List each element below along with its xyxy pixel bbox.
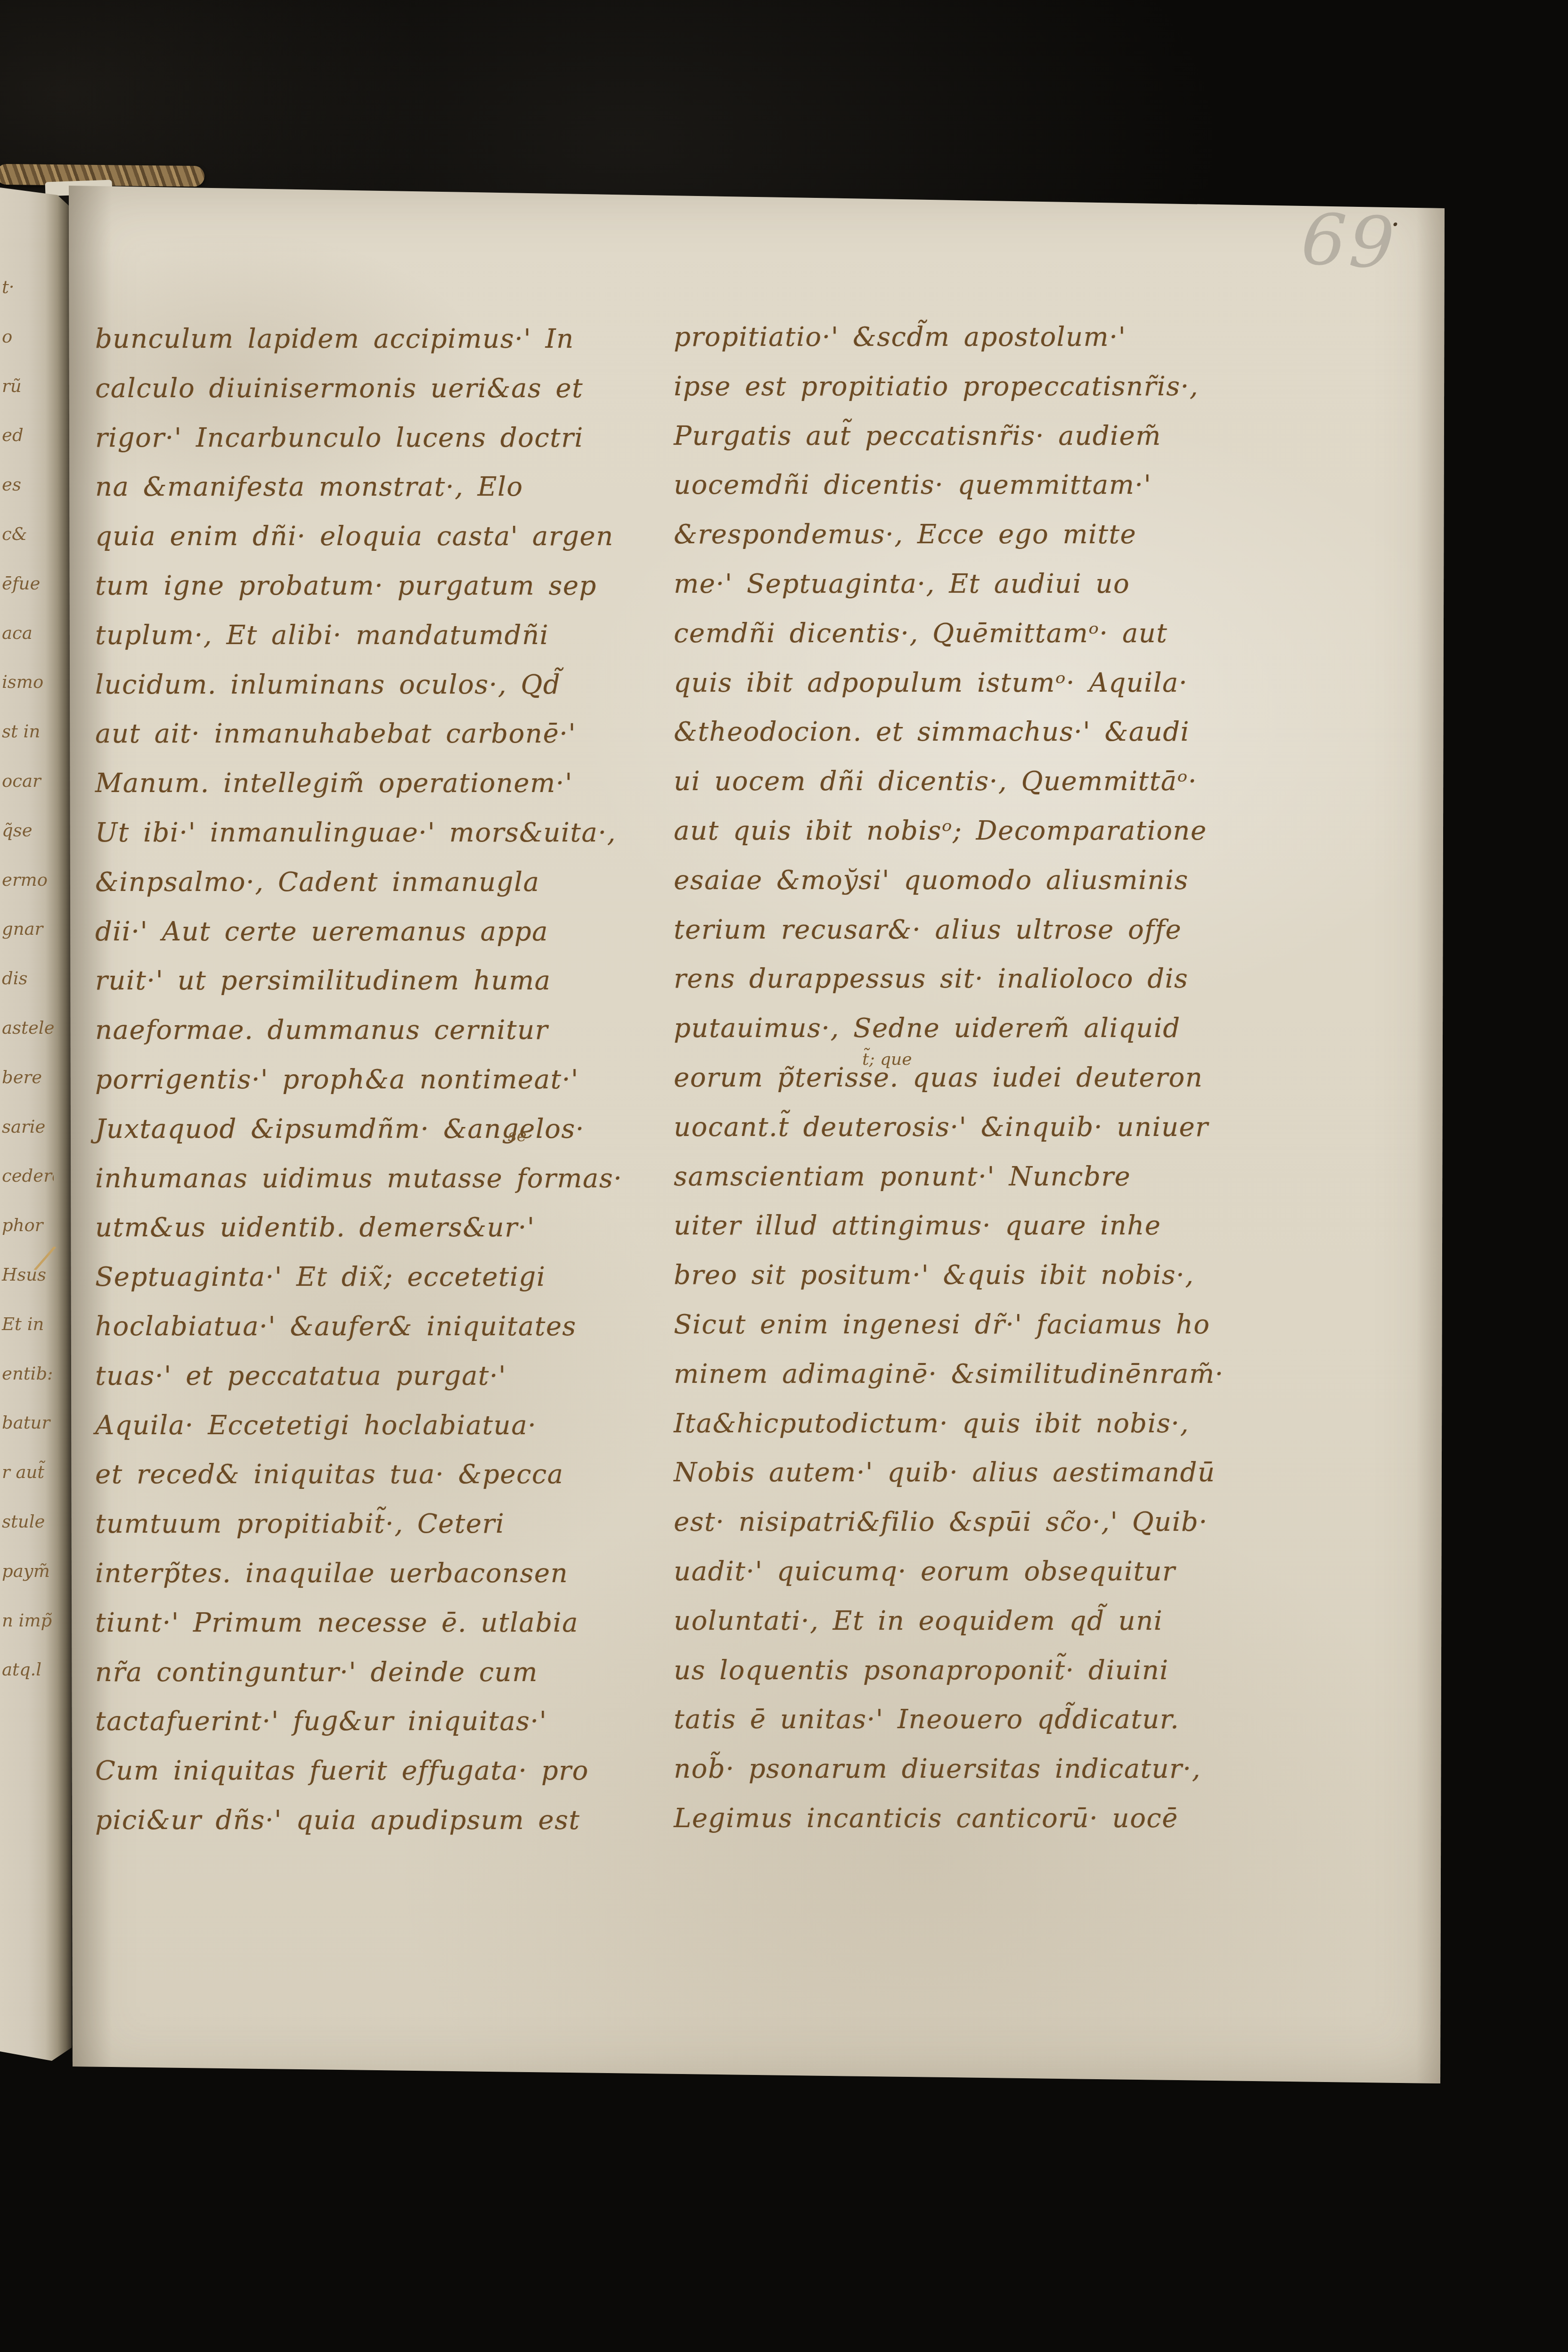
edge-text-fragment: atq.l (0, 1645, 54, 1695)
edge-text-fragment: r aut̃ (0, 1448, 54, 1497)
edge-text-fragment: bere (0, 1053, 54, 1102)
manuscript-text-line: uocemdñi dicentis· quemmittam·' (674, 461, 1286, 510)
manuscript-text-line: tactafuerint·' fug&ur iniquitas·' (95, 1697, 708, 1747)
manuscript-text-line: lucidum. inluminans oculos·, Qd̃ (95, 661, 708, 710)
edge-text-fragment: ismo (0, 658, 54, 707)
manuscript-text-line: uiter illud attingimus· quare inhe (674, 1201, 1286, 1251)
manuscript-text-line: quis ibit adpopulum istumᵒ· Aquila· (674, 659, 1286, 708)
edge-text-fragment: aca (0, 609, 54, 658)
manuscript-text-line: aut quis ibit nobisᵒ; Decomparatione (674, 807, 1286, 856)
edge-text-fragment: o (0, 312, 54, 362)
manuscript-text-line: Ita&hicputodictum· quis ibit nobis·, (674, 1399, 1286, 1449)
manuscript-text-line: Legimus incanticis canticorū· uocē (674, 1794, 1286, 1844)
manuscript-text-line: inhumanas uidimus mutasse formas· (95, 1154, 708, 1204)
edge-fragments: t·orũedesc&ēfueacaismost inocarq̃seermog… (0, 263, 54, 1695)
manuscript-text-line: us loquentis psonaproponit̃· diuini (674, 1646, 1286, 1696)
edge-text-fragment: cedere (0, 1151, 54, 1201)
edge-text-fragment: ocar (0, 757, 54, 806)
edge-text-fragment: q̃se (0, 806, 54, 856)
edge-text-fragment: phor (0, 1201, 54, 1250)
manuscript-text-line: eorum p̃terisse. quas iudei deuteron (674, 1053, 1286, 1103)
manuscript-text-line: dii·' Aut certe ueremanus appa (95, 907, 708, 957)
edge-text-fragment: batur (0, 1398, 54, 1448)
manuscript-text-line: Ut ibi·' inmanulinguae·' mors&uita·, (95, 808, 708, 858)
manuscript-text-line: tiunt·' Primum necesse ē. utlabia (95, 1599, 708, 1648)
manuscript-text-line: Aquila· Eccetetigi hoclabiatua· (95, 1401, 708, 1451)
manuscript-text-line: putauimus·, Sedne uiderem̃ aliquid (674, 1004, 1286, 1053)
manuscript-text-line: ui uocem dñi dicentis·, Quemmittāᵒ· (674, 757, 1286, 807)
text-column-right: propitiatio·' &scd̃m apostolum·'ipse est… (674, 313, 1286, 1844)
manuscript-text-line: nob̃· psonarum diuersitas indicatur·, (674, 1745, 1286, 1794)
manuscript-text-line: uadit·' quicumq· eorum obsequitur (674, 1547, 1286, 1597)
manuscript-text-line: bunculum lapidem accipimus·' In (95, 315, 708, 364)
manuscript-text-line: hoclabiatua·' &aufer& iniquitates (95, 1302, 708, 1352)
manuscript-text-line: interp̃tes. inaquilae uerbaconsen (95, 1549, 708, 1599)
manuscript-text-line: ipse est propitiatio propeccatisnr̃is·, (674, 362, 1286, 412)
manuscript-text-line: Manum. intellegim̃ operationem·' (95, 759, 708, 808)
page-edge-stack: t·orũedesc&ēfueacaismost inocarq̃seermog… (0, 188, 72, 2069)
edge-text-fragment: ed (0, 411, 54, 460)
manuscript-text-line: pici&ur dñs·' quia apudipsum est (95, 1796, 708, 1846)
manuscript-text-line: na &manifesta monstrat·, Elo (95, 463, 708, 512)
manuscript-text-line: rens durappessus sit· inalioloco dis (674, 955, 1286, 1004)
manuscript-text-line: minem adimaginē· &similitudinēnram̃· (674, 1350, 1286, 1399)
manuscript-text-line: calculo diuinisermonis ueri&as et (95, 364, 708, 414)
manuscript-text-line: porrigentis·' proph&a nontimeat·' (95, 1055, 708, 1105)
manuscript-text-line: est· nisipatri&filio &spūi sc̃o·,' Quib· (674, 1498, 1286, 1547)
edge-text-fragment: paym̃ (0, 1547, 54, 1596)
manuscript-text-line: utm&us uidentib. demers&ur·' (95, 1203, 708, 1253)
edge-text-fragment: gnar (0, 905, 54, 954)
manuscript-text-line: nr̃a continguntur·' deinde cum (95, 1648, 708, 1698)
manuscript-text-line: terium recusar&· alius ultrose offe (674, 906, 1286, 955)
manuscript-text-line: &inpsalmo·, Cadent inmanugla (95, 858, 708, 907)
manuscript-page: 69 bunculum lapidem accipimus·' Incalcul… (67, 183, 1445, 2086)
photo-background: t·orũedesc&ēfueacaismost inocarq̃seermog… (0, 0, 1568, 2352)
manuscript-text-line: quia enim dñi· eloquia casta' argen (95, 512, 708, 562)
edge-text-fragment: es (0, 460, 54, 510)
edge-text-fragment: c& (0, 510, 54, 559)
edge-text-fragment: Hsus (0, 1250, 54, 1300)
manuscript-text-line: rigor·' Incarbunculo lucens doctri (95, 414, 708, 463)
manuscript-text-line: tuas·' et peccatatua purgat·' (95, 1352, 708, 1401)
manuscript-text-line: samscientiam ponunt·' Nuncbre (674, 1152, 1286, 1202)
edge-text-fragment: t· (0, 263, 54, 312)
manuscript-text-line: Sicut enim ingenesi dr̃·' faciamus ho (674, 1300, 1286, 1350)
edge-text-fragment: rũ (0, 362, 54, 411)
folio-number: 69 (1299, 198, 1399, 285)
manuscript-text-line: aut ait· inmanuhabebat carbonē·' (95, 710, 708, 759)
manuscript-text-line: tumtuum propitiabit̃·, Ceteri (95, 1500, 708, 1549)
edge-text-fragment: ermo (0, 856, 54, 905)
manuscript-text-line: cemdñi dicentis·, Quēmittamᵒ· aut (674, 609, 1286, 659)
text-column-left: bunculum lapidem accipimus·' Incalculo d… (95, 315, 708, 1846)
manuscript-text-line: Purgatis aut̃ peccatisnr̃is· audiem̃ (674, 412, 1286, 461)
edge-text-fragment: sarie (0, 1102, 54, 1152)
manuscript-text-line: &theodocion. et simmachus·' &audi (674, 708, 1286, 757)
manuscript-text-line: ruit·' ut persimilitudinem huma (95, 956, 708, 1006)
edge-text-fragment: st in (0, 707, 54, 757)
edge-text-fragment: n imp̃ (0, 1596, 54, 1646)
edge-text-fragment: dis (0, 954, 54, 1004)
edge-text-fragment: Et in (0, 1300, 54, 1349)
manuscript-text-line: esaiae &moy̆si' quomodo aliusminis (674, 856, 1286, 906)
manuscript-text-line: Juxtaquod &ipsumdñm· &angelos· (95, 1105, 708, 1154)
manuscript-text-line: et reced& iniquitas tua· &pecca (95, 1450, 708, 1500)
manuscript-text-line: uocant.t̃ deuterosis·' &inquib· uniuer (674, 1103, 1286, 1152)
manuscript-text-line: Septuaginta·' Et dix̃; eccetetigi (95, 1253, 708, 1302)
manuscript-text-line: breo sit positum·' &quis ibit nobis·, (674, 1251, 1286, 1300)
manuscript-text-line: Nobis autem·' quib· alius aestimandū (674, 1448, 1286, 1498)
edge-text-fragment: stule (0, 1497, 54, 1547)
manuscript-text-line: naeformae. dummanus cernitur (95, 1006, 708, 1055)
manuscript-text-line: me·' Septuaginta·, Et audiui uo (674, 560, 1286, 609)
edge-text-fragment: entib: (0, 1349, 54, 1399)
manuscript-text-line: tum igne probatum· purgatum sep (95, 562, 708, 611)
manuscript-text-line: uoluntati·, Et in eoquidem qd̃ uni (674, 1597, 1286, 1646)
manuscript-text-line: &respondemus·, Ecce ego mitte (674, 510, 1286, 560)
edge-text-fragment: astele (0, 1004, 54, 1053)
manuscript-text-line: Cum iniquitas fuerit effugata· pro (95, 1747, 708, 1796)
edge-text-fragment: ēfue (0, 559, 54, 609)
manuscript-text-line: tuplum·, Et alibi· mandatumdñi (95, 611, 708, 661)
manuscript-text-line: tatis ē unitas·' Ineouero qd̃dicatur. (674, 1695, 1286, 1745)
manuscript-text-line: propitiatio·' &scd̃m apostolum·' (674, 313, 1286, 362)
